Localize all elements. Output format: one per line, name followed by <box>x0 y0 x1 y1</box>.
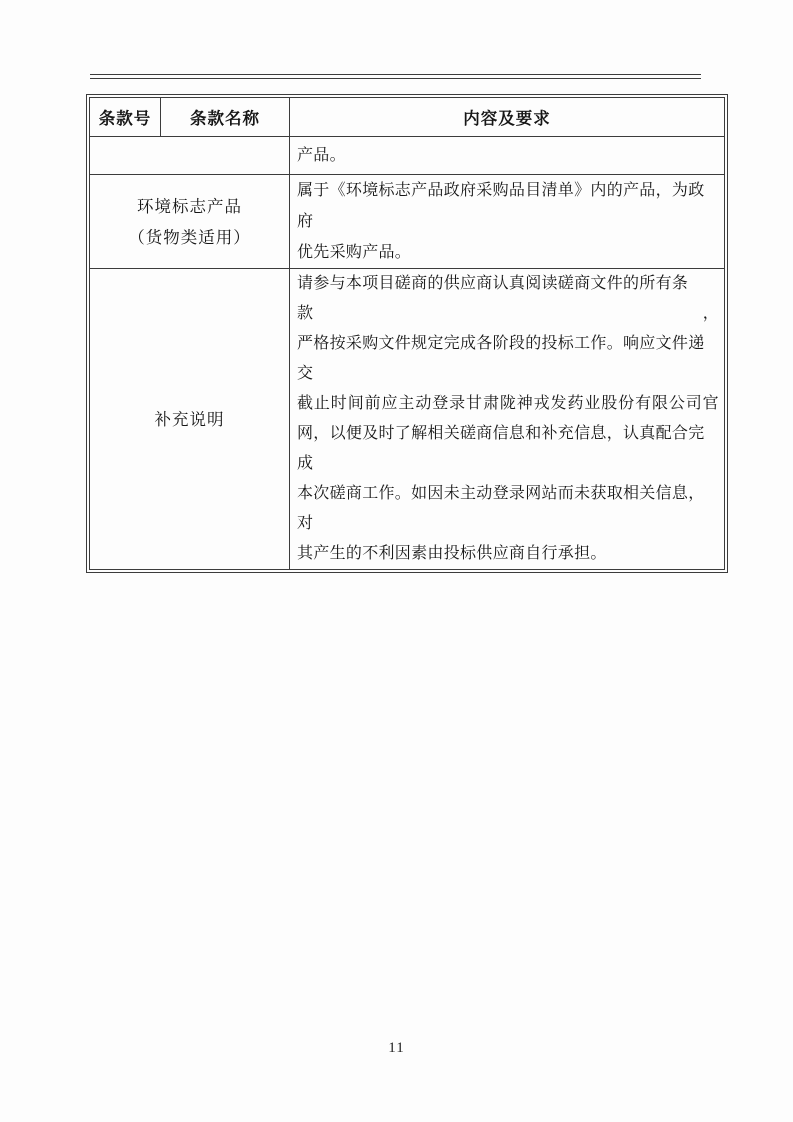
col-header-clause-number: 条款号 <box>90 98 161 137</box>
table-row: 环境标志产品 （货物类适用） 属于《环境标志产品政府采购品目清单》内的产品，为政… <box>90 175 724 269</box>
clause-name-line: 环境标志产品 <box>90 191 289 222</box>
content-line: 截止时间前应主动登录甘肃陇神戎发药业股份有限公司官 <box>290 389 724 419</box>
col-header-content-requirements: 内容及要求 <box>290 98 724 137</box>
page-number: 11 <box>0 1040 793 1057</box>
table-row: 补充说明 请参与本项目磋商的供应商认真阅读磋商文件的所有条款， 严格按采购文件规… <box>90 269 724 569</box>
content-cell-continued: 产品。 <box>290 137 724 175</box>
content-line: 本次磋商工作。如因未主动登录网站而未获取相关信息，对 <box>290 479 724 539</box>
content-cell-supplementary-notes: 请参与本项目磋商的供应商认真阅读磋商文件的所有条款， 严格按采购文件规定完成各阶… <box>290 269 724 569</box>
clause-name-line: （货物类适用） <box>90 222 289 253</box>
table-row: 产品。 <box>90 137 724 175</box>
content-line: 优先采购产品。 <box>290 237 724 268</box>
content-line: 网，以便及时了解相关磋商信息和补充信息，认真配合完成 <box>290 419 724 479</box>
clause-name-cell-empty <box>90 137 290 175</box>
clause-name-line: 补充说明 <box>90 404 289 435</box>
content-line: 请参与本项目磋商的供应商认真阅读磋商文件的所有条款， <box>290 269 724 329</box>
col-header-clause-name: 条款名称 <box>161 98 290 137</box>
header-rule <box>90 74 701 79</box>
content-cell-environmental-label: 属于《环境标志产品政府采购品目清单》内的产品，为政府 优先采购产品。 <box>290 175 724 269</box>
content-line: 其产生的不利因素由投标供应商自行承担。 <box>290 539 724 569</box>
clauses-table: 条款号 条款名称 内容及要求 产品。 环境标志产品 （货物类适用） 属于《环境标… <box>86 94 728 573</box>
table-header-row: 条款号 条款名称 内容及要求 <box>90 98 724 137</box>
document-page: 条款号 条款名称 内容及要求 产品。 环境标志产品 （货物类适用） 属于《环境标… <box>0 0 793 1122</box>
content-line: 严格按采购文件规定完成各阶段的投标工作。响应文件递交 <box>290 329 724 389</box>
clause-name-cell-environmental-label: 环境标志产品 （货物类适用） <box>90 175 290 269</box>
content-line: 产品。 <box>290 140 724 171</box>
clause-name-cell-supplementary-notes: 补充说明 <box>90 269 290 569</box>
content-line: 属于《环境标志产品政府采购品目清单》内的产品，为政府 <box>290 175 724 237</box>
